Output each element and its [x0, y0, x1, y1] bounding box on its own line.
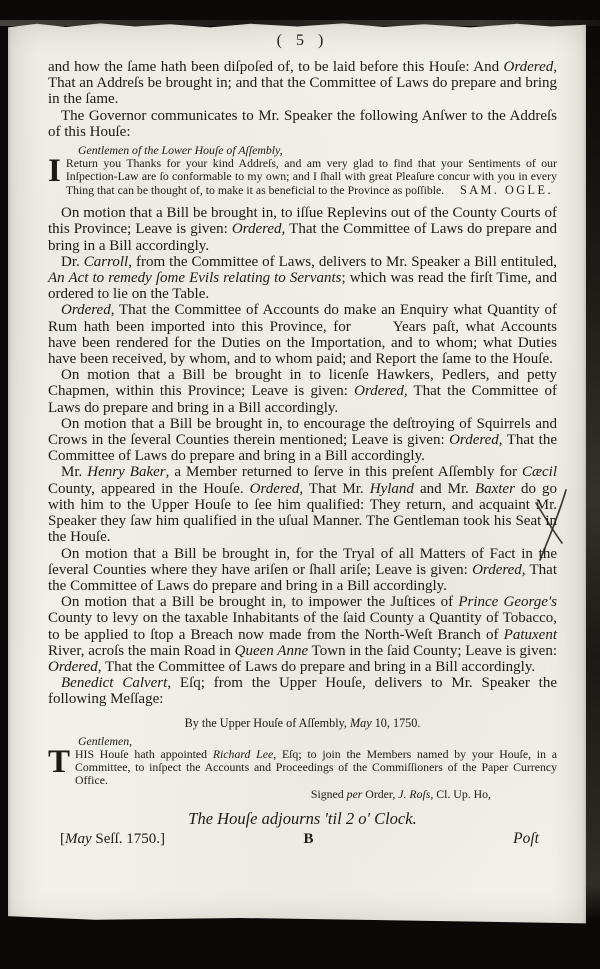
governor-signature: SAM. OGLE.	[460, 184, 553, 197]
paragraph-rum-enquiry: Ordered, That the Committee of Accounts …	[48, 302, 557, 367]
paragraph-prince-georges-motion: On motion that a Bill be brought in, to …	[48, 594, 557, 675]
message-signed-line: Signed per Order, J. Roſs, Cl. Up. Ho,	[48, 788, 557, 801]
paragraph-tryal-motion: On motion that a Bill be brought in, for…	[48, 546, 557, 595]
paragraph-governor-communicates: The Governor communicates to Mr. Speaker…	[48, 108, 557, 140]
handwritten-x-mark-icon	[532, 488, 574, 564]
book-gutter-texture	[584, 40, 600, 920]
signature-mark: B	[303, 831, 313, 848]
upper-house-dateline: By the Upper Houſe of Aſſembly, May 10, …	[48, 716, 557, 731]
letter-governor-answer: Gentlemen of the Lower Houſe of Aſſembly…	[48, 144, 557, 197]
session-label: [May Seſſ. 1750.]	[60, 831, 303, 848]
journal-page: ( 5 ) and how the ſame hath been diſpoſe…	[8, 22, 586, 927]
adjournment-line: The Houſe adjourns 'til 2 o' Clock.	[48, 809, 557, 829]
message-body: THIS Houſe hath appointed Richard Lee, E…	[48, 748, 557, 788]
paragraph-henry-baker-qualified: Mr. Henry Baker, a Member returned to ſe…	[48, 464, 557, 545]
paragraph-replevins-motion: On motion that a Bill be brought in, to …	[48, 205, 557, 254]
page-footer: [May Seſſ. 1750.] B Poſt	[48, 830, 557, 848]
paragraph-calvert-message: Benedict Calvert, Eſq; from the Upper Ho…	[48, 675, 557, 707]
paragraph-squirrels-motion: On motion that a Bill be brought in, to …	[48, 416, 557, 465]
page-number: ( 5 )	[48, 32, 557, 50]
letter-upper-house-message: Gentlemen, THIS Houſe hath appointed Ric…	[48, 735, 557, 802]
paragraph-hawkers-motion: On motion that a Bill be brought in to l…	[48, 367, 557, 416]
paragraph-carroll-bill: Dr. Carroll, from the Committee of Laws,…	[48, 254, 557, 303]
letter-body: IReturn you Thanks for your kind Addreſs…	[48, 157, 557, 197]
scanned-page-frame: ( 5 ) and how the ſame hath been diſpoſe…	[0, 0, 600, 969]
paragraph-address-continued: and how the ſame hath been diſpoſed of, …	[48, 59, 557, 108]
catchword: Poſt	[314, 830, 558, 848]
text-column: ( 5 ) and how the ſame hath been diſpoſe…	[48, 32, 557, 848]
